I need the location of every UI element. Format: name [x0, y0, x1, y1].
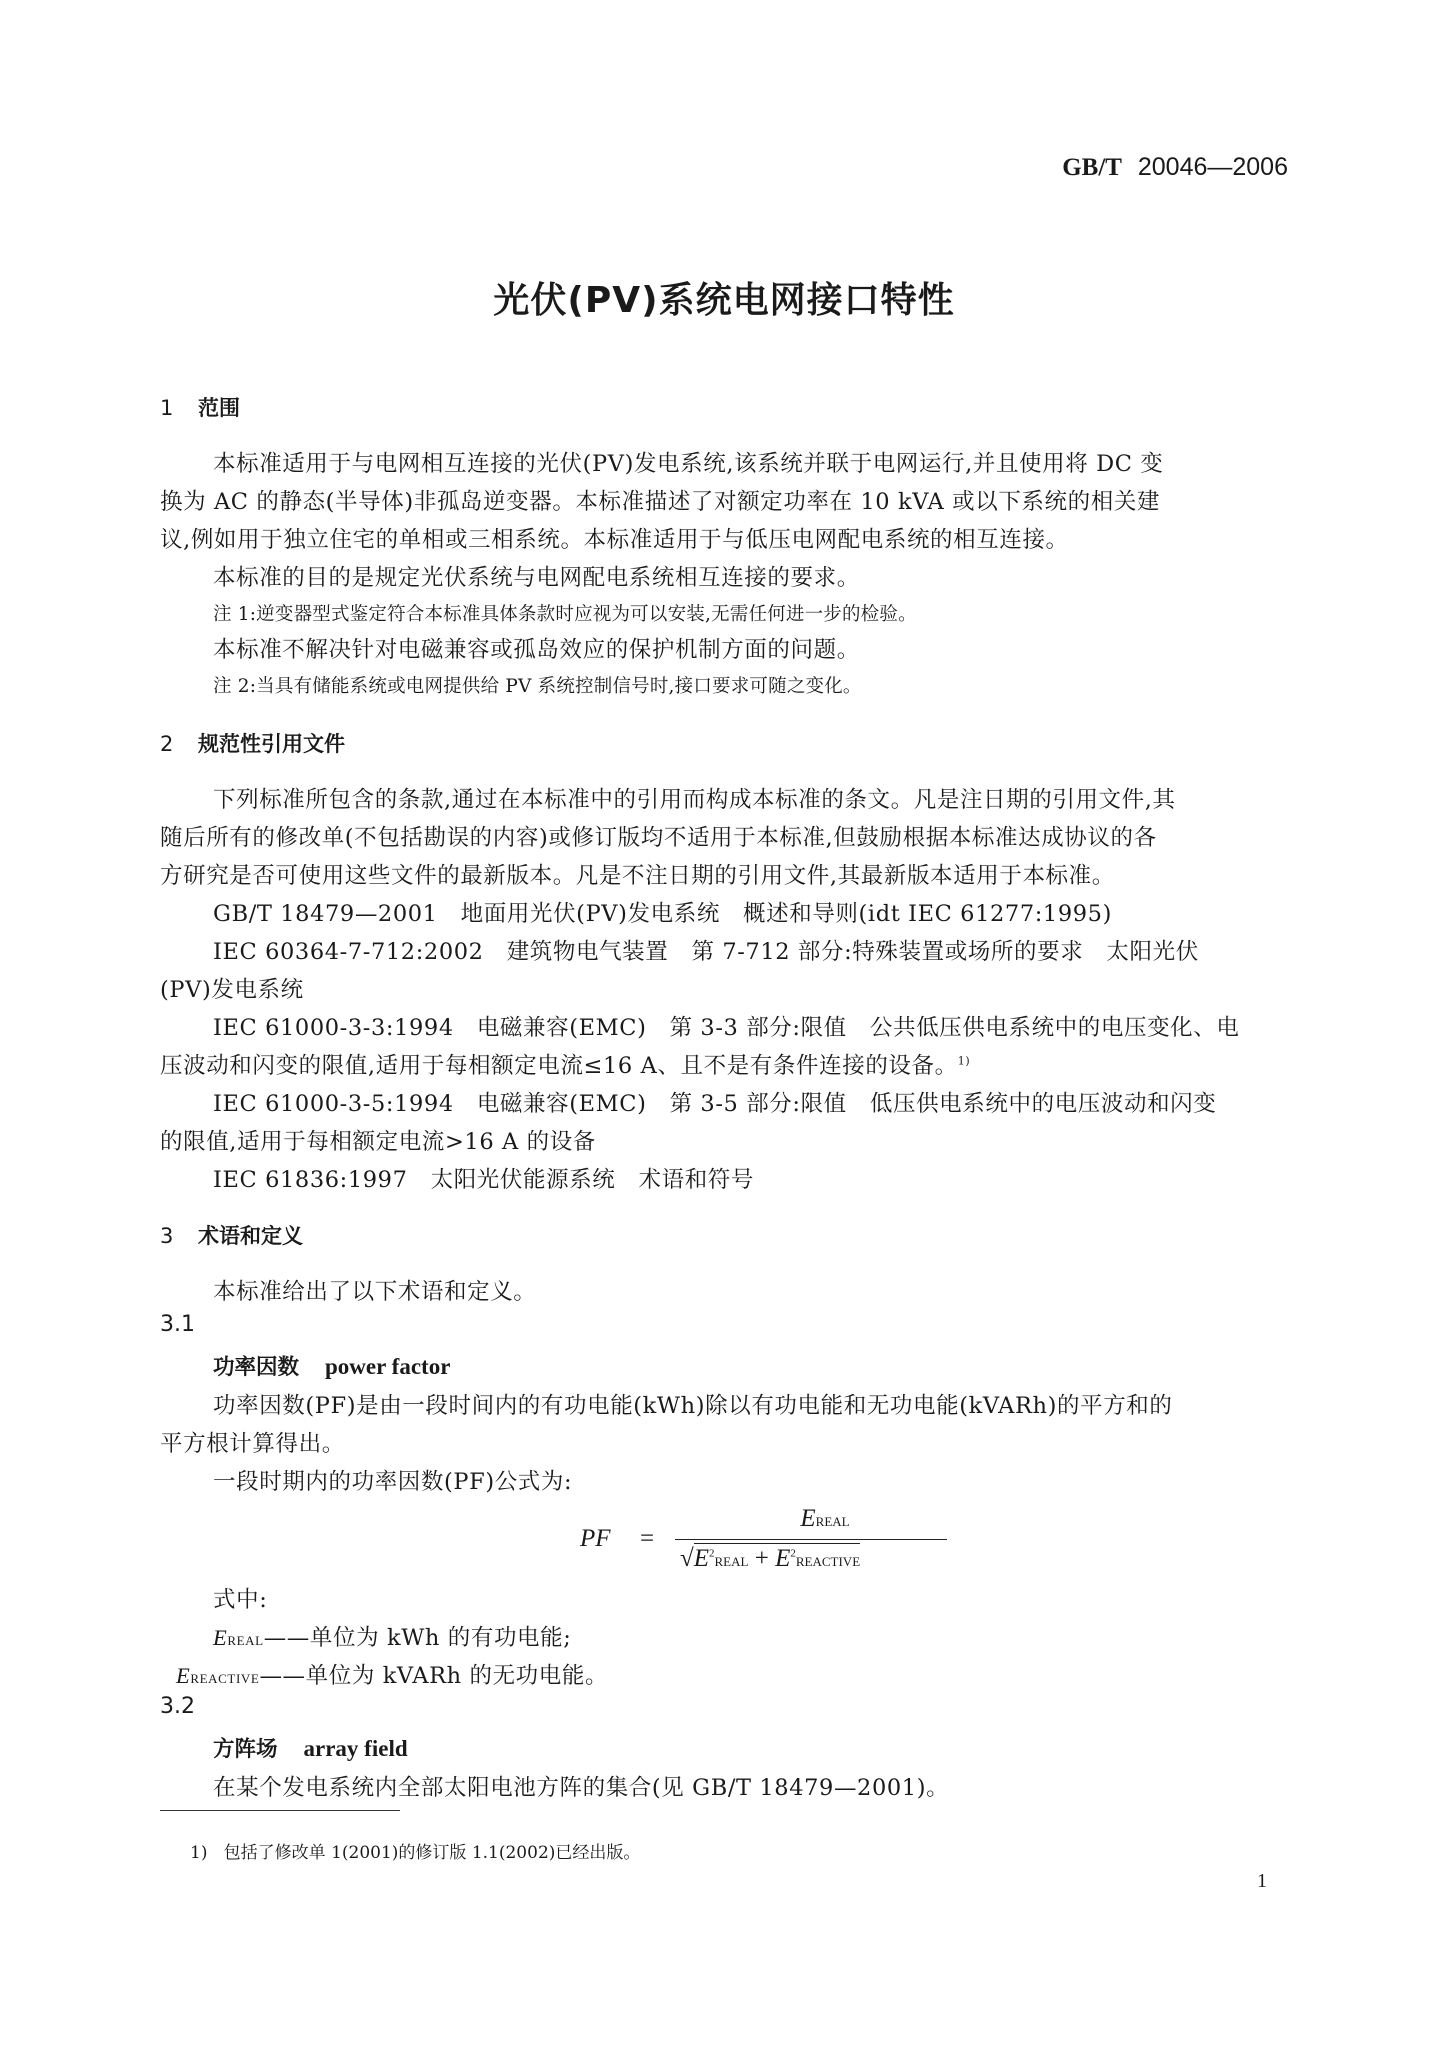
ref-item-2-line1: IEC 60364-7-712:2002 建筑物电气装置 第 7-712 部分:… — [213, 934, 1199, 966]
var-description: ——单位为 kVARh 的无功电能。 — [259, 1663, 608, 1689]
symbol-e: E — [800, 1505, 815, 1532]
s1-note1: 注 1:逆变器型式鉴定符合本标准具体条款时应视为可以安装,无需任何进一步的检验。 — [213, 600, 917, 626]
subscript: REAL — [715, 1554, 749, 1569]
var-symbol: E — [176, 1663, 190, 1688]
page-number: 1 — [1257, 1870, 1267, 1893]
formula-where: 式中: — [213, 1582, 267, 1614]
ref-item-5: IEC 61836:1997 太阳光伏能源系统 术语和符号 — [213, 1162, 754, 1194]
term-zh: 方阵场 — [213, 1737, 278, 1762]
footnote-divider — [160, 1810, 400, 1811]
formula-equals: = — [640, 1525, 654, 1553]
ref-text: 压波动和闪变的限值,适用于每相额定电流≤16 A、且不是有条件连接的设备。 — [160, 1053, 958, 1079]
term-en: power factor — [325, 1354, 450, 1379]
subscript: REACTIVE — [796, 1554, 860, 1569]
fraction-bar — [675, 1539, 947, 1540]
term-en: array field — [304, 1736, 408, 1761]
term-3-1-number: 3.1 — [160, 1312, 195, 1337]
term-zh: 功率因数 — [213, 1355, 299, 1380]
section-number: 1 — [160, 396, 198, 420]
section-2-heading: 2规范性引用文件 — [160, 728, 345, 758]
term-3-2-number: 3.2 — [160, 1694, 195, 1719]
sqrt-icon: √ — [680, 1545, 694, 1572]
term-3-1-def-line2: 平方根计算得出。 — [160, 1426, 345, 1458]
section-title: 术语和定义 — [198, 1224, 303, 1248]
symbol-e: E — [775, 1545, 790, 1572]
term-3-2-def: 在某个发电系统内全部太阳电池方阵的集合(见 GB/T 18479—2001)。 — [213, 1770, 949, 1802]
section-title: 范围 — [198, 396, 240, 420]
var-e-reactive: EREACTIVE——单位为 kVARh 的无功电能。 — [176, 1658, 608, 1690]
formula-numerator: EREAL — [735, 1505, 915, 1533]
std-number: 20046—2006 — [1138, 153, 1288, 181]
footnote-reference[interactable]: 1) — [958, 1055, 971, 1068]
plus-sign: + — [755, 1545, 769, 1572]
ref-item-3-line1: IEC 61000-3-3:1994 电磁兼容(EMC) 第 3-3 部分:限值… — [213, 1010, 1240, 1042]
s2-intro-line2: 随后所有的修改单(不包括勘误的内容)或修订版均不适用于本标准,但鼓励根据本标准达… — [160, 820, 1157, 852]
section-title: 规范性引用文件 — [198, 732, 345, 756]
formula-lhs: PF — [580, 1525, 611, 1553]
subscript: REAL — [816, 1514, 850, 1529]
term-3-2-heading: 方阵场array field — [213, 1732, 408, 1763]
var-subscript: REACTIVE — [190, 1671, 259, 1686]
ref-item-2-line2: (PV)发电系统 — [160, 972, 304, 1004]
standard-number: GB/T 20046—2006 — [1062, 152, 1288, 182]
ref-item-4-line1: IEC 61000-3-5:1994 电磁兼容(EMC) 第 3-5 部分:限值… — [213, 1086, 1216, 1118]
s2-intro-line1: 下列标准所包含的条款,通过在本标准中的引用而构成本标准的条文。凡是注日期的引用文… — [213, 782, 1176, 814]
var-e-real: EREAL——单位为 kWh 的有功电能; — [213, 1620, 571, 1652]
s3-intro: 本标准给出了以下术语和定义。 — [213, 1274, 536, 1306]
term-3-1-def-line1: 功率因数(PF)是由一段时间内的有功电能(kWh)除以有功电能和无功电能(kVA… — [213, 1388, 1173, 1420]
var-symbol: E — [213, 1625, 227, 1650]
formula-denominator: √E2REAL + E2REACTIVE — [680, 1545, 860, 1573]
s1-para1-line2: 换为 AC 的静态(半导体)非孤岛逆变器。本标准描述了对额定功率在 10 kVA… — [160, 484, 1160, 516]
footnote: 1) 包括了修改单 1(2001)的修订版 1.1(2002)已经出版。 — [190, 1838, 640, 1863]
section-1-heading: 1范围 — [160, 392, 240, 422]
term-3-1-heading: 功率因数power factor — [213, 1350, 450, 1381]
ref-item-4-line2: 的限值,适用于每相额定电流>16 A 的设备 — [160, 1124, 596, 1156]
footnote-mark: 1) — [190, 1843, 207, 1863]
footnote-text: 包括了修改单 1(2001)的修订版 1.1(2002)已经出版。 — [224, 1843, 641, 1863]
s1-para2: 本标准的目的是规定光伏系统与电网配电系统相互连接的要求。 — [213, 560, 860, 592]
std-prefix: GB/T — [1062, 154, 1122, 181]
formula-intro: 一段时期内的功率因数(PF)公式为: — [213, 1464, 572, 1496]
s1-para1-line3: 议,例如用于独立住宅的单相或三相系统。本标准适用于与低压电网配电系统的相互连接。 — [160, 522, 1069, 554]
var-description: ——单位为 kWh 的有功电能; — [264, 1625, 572, 1651]
symbol-e: E — [694, 1545, 709, 1572]
section-number: 3 — [160, 1224, 198, 1248]
ref-item-1: GB/T 18479—2001 地面用光伏(PV)发电系统 概述和导则(idt … — [213, 896, 1112, 928]
section-number: 2 — [160, 732, 198, 756]
s1-para1-line1: 本标准适用于与电网相互连接的光伏(PV)发电系统,该系统并联于电网运行,并且使用… — [213, 446, 1163, 478]
ref-item-3-line2: 压波动和闪变的限值,适用于每相额定电流≤16 A、且不是有条件连接的设备。1) — [160, 1048, 970, 1080]
s1-note2: 注 2:当具有储能系统或电网提供给 PV 系统控制信号时,接口要求可随之变化。 — [213, 672, 862, 698]
var-subscript: REAL — [227, 1633, 263, 1648]
document-title: 光伏(PV)系统电网接口特性 — [0, 272, 1448, 323]
s2-intro-line3: 方研究是否可使用这些文件的最新版本。凡是不注日期的引用文件,其最新版本适用于本标… — [160, 858, 1115, 890]
s1-para3: 本标准不解决针对电磁兼容或孤岛效应的保护机制方面的问题。 — [213, 632, 860, 664]
section-3-heading: 3术语和定义 — [160, 1220, 303, 1250]
